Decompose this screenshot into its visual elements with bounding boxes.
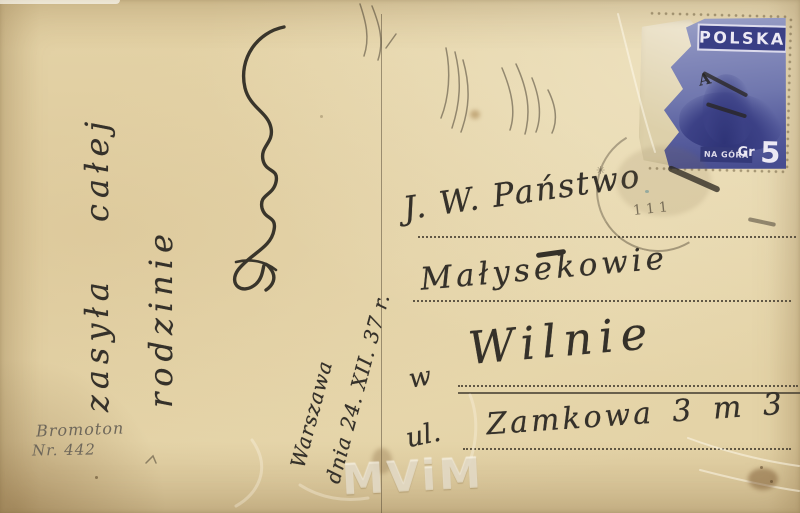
postcard-back: zasyła całej rodzinie Warszawa dnia 24. … xyxy=(0,0,800,513)
stain-dot-2 xyxy=(770,480,773,483)
stain-bottom-right xyxy=(748,468,778,490)
stain-dot-3 xyxy=(95,476,98,479)
publisher-number: Nr. 442 xyxy=(32,440,96,459)
stain-dot-4 xyxy=(320,115,323,118)
archive-watermark: MViM xyxy=(341,448,485,504)
publisher-name: Bromoton xyxy=(36,418,125,440)
stain-top-center xyxy=(470,110,480,119)
stain-dot-1 xyxy=(760,466,763,469)
